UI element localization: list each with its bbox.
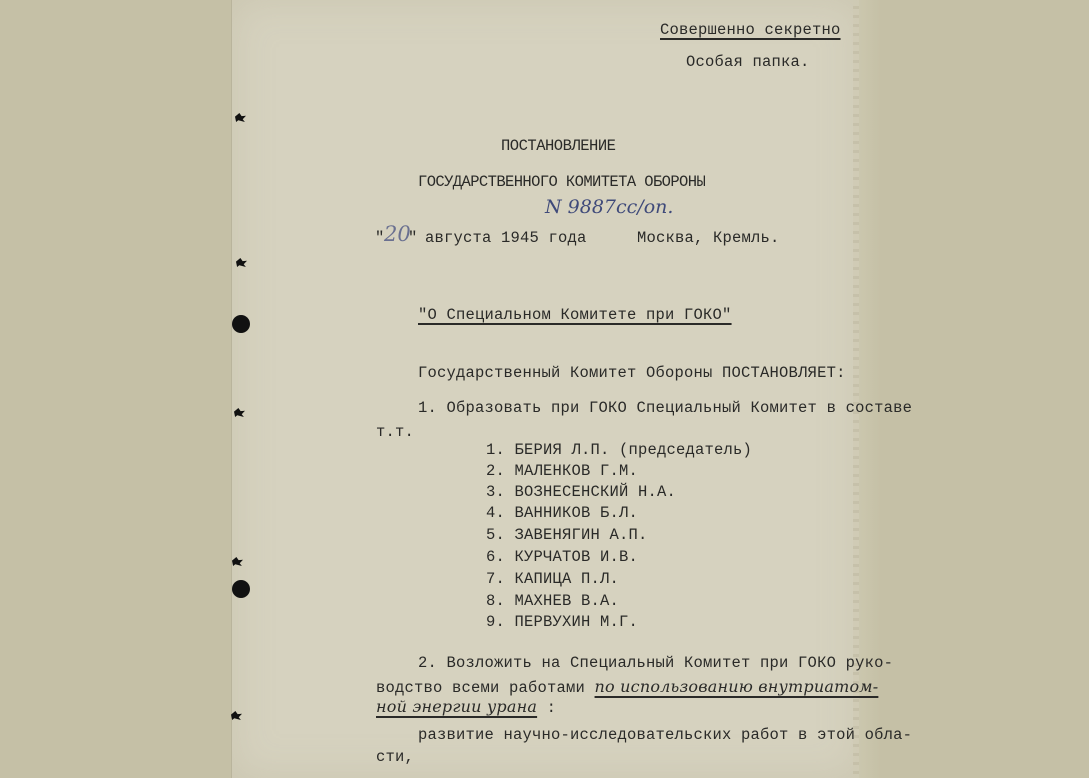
preamble: Государственный Комитет Обороны ПОСТАНОВ… [418, 364, 846, 382]
member-item: 5. ЗАВЕНЯГИН А.П. [486, 526, 648, 544]
member-item: 9. ПЕРВУХИН М.Г. [486, 613, 638, 631]
member-item: 1. БЕРИЯ Л.П. (председатель) [486, 441, 752, 459]
member-item: 6. КУРЧАТОВ И.В. [486, 548, 638, 566]
item-2-paragraph: развитие научно-исследовательских работ … [418, 726, 912, 744]
document-number: N 9887сс/оп. [545, 196, 673, 218]
item-2-handwritten: по использованию внутриатом- [595, 677, 879, 696]
punch-hole-icon [232, 315, 250, 333]
punch-hole-icon [232, 580, 250, 598]
classification-stamp: Совершенно секретно [660, 21, 841, 39]
document-issuer: ГОСУДАРСТВЕННОГО КОМИТЕТА ОБОРОНЫ [418, 173, 705, 191]
item-2-typed: водство всеми работами [376, 679, 595, 697]
member-item: 3. ВОЗНЕСЕНСКИЙ Н.А. [486, 483, 676, 501]
date-place: Москва, Кремль. [637, 229, 780, 247]
subject-title: "О Специальном Комитете при ГОКО" [418, 306, 732, 324]
item-2-line2: водство всеми работами по использованию … [376, 677, 878, 697]
member-item: 2. МАЛЕНКОВ Г.М. [486, 462, 638, 480]
date-close-quote: " [408, 229, 418, 247]
member-item: 8. МАХНЕВ В.А. [486, 592, 619, 610]
member-item: 7. КАПИЦА П.Л. [486, 570, 619, 588]
item-2-line3: ной энергии урана : [376, 697, 556, 717]
item-1-text: 1. Образовать при ГОКО Специальный Комит… [418, 399, 912, 417]
date-month-year: августа 1945 года [425, 229, 587, 247]
member-item: 4. ВАННИКОВ Б.Л. [486, 504, 638, 522]
item-2-text: 2. Возложить на Специальный Комитет при … [418, 654, 893, 672]
item-2-paragraph-cont: сти, [376, 748, 414, 766]
item-2-colon: : [537, 699, 556, 717]
date-day: 20 [384, 222, 411, 246]
folder-label: Особая папка. [686, 53, 810, 71]
item-1-continuation: т.т. [376, 423, 414, 441]
item-2-handwritten-cont: ной энергии урана [376, 697, 537, 716]
document-type: ПОСТАНОВЛЕНИЕ [501, 137, 615, 155]
